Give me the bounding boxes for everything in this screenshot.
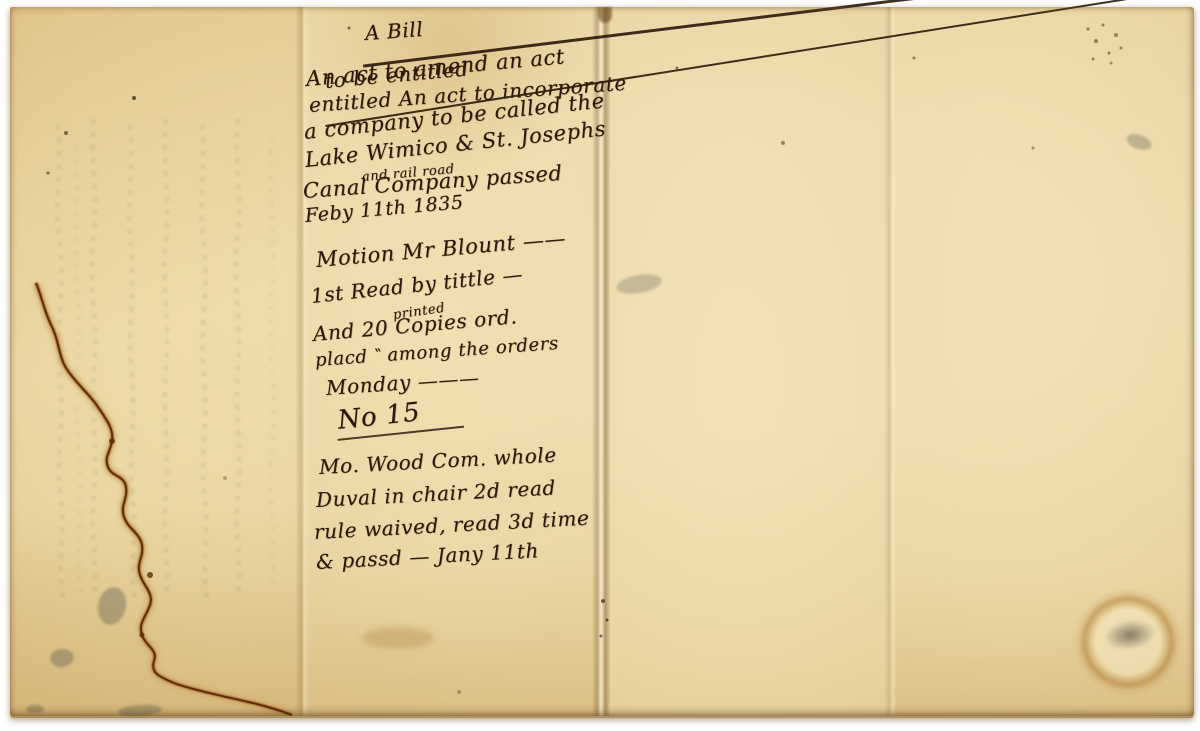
graphite-smudge-4 [26,705,44,713]
panel-left-fold [10,7,303,716]
burn-scorch-line [10,7,303,716]
tan-blot-below-writing [362,627,434,649]
document-paper: A Bill to be entitled An act to amend an… [10,7,1194,718]
foxing-speckles [10,7,12,9]
panel-blank-three [599,7,891,716]
scanner-background: A Bill to be entitled An act to amend an… [0,0,1200,731]
